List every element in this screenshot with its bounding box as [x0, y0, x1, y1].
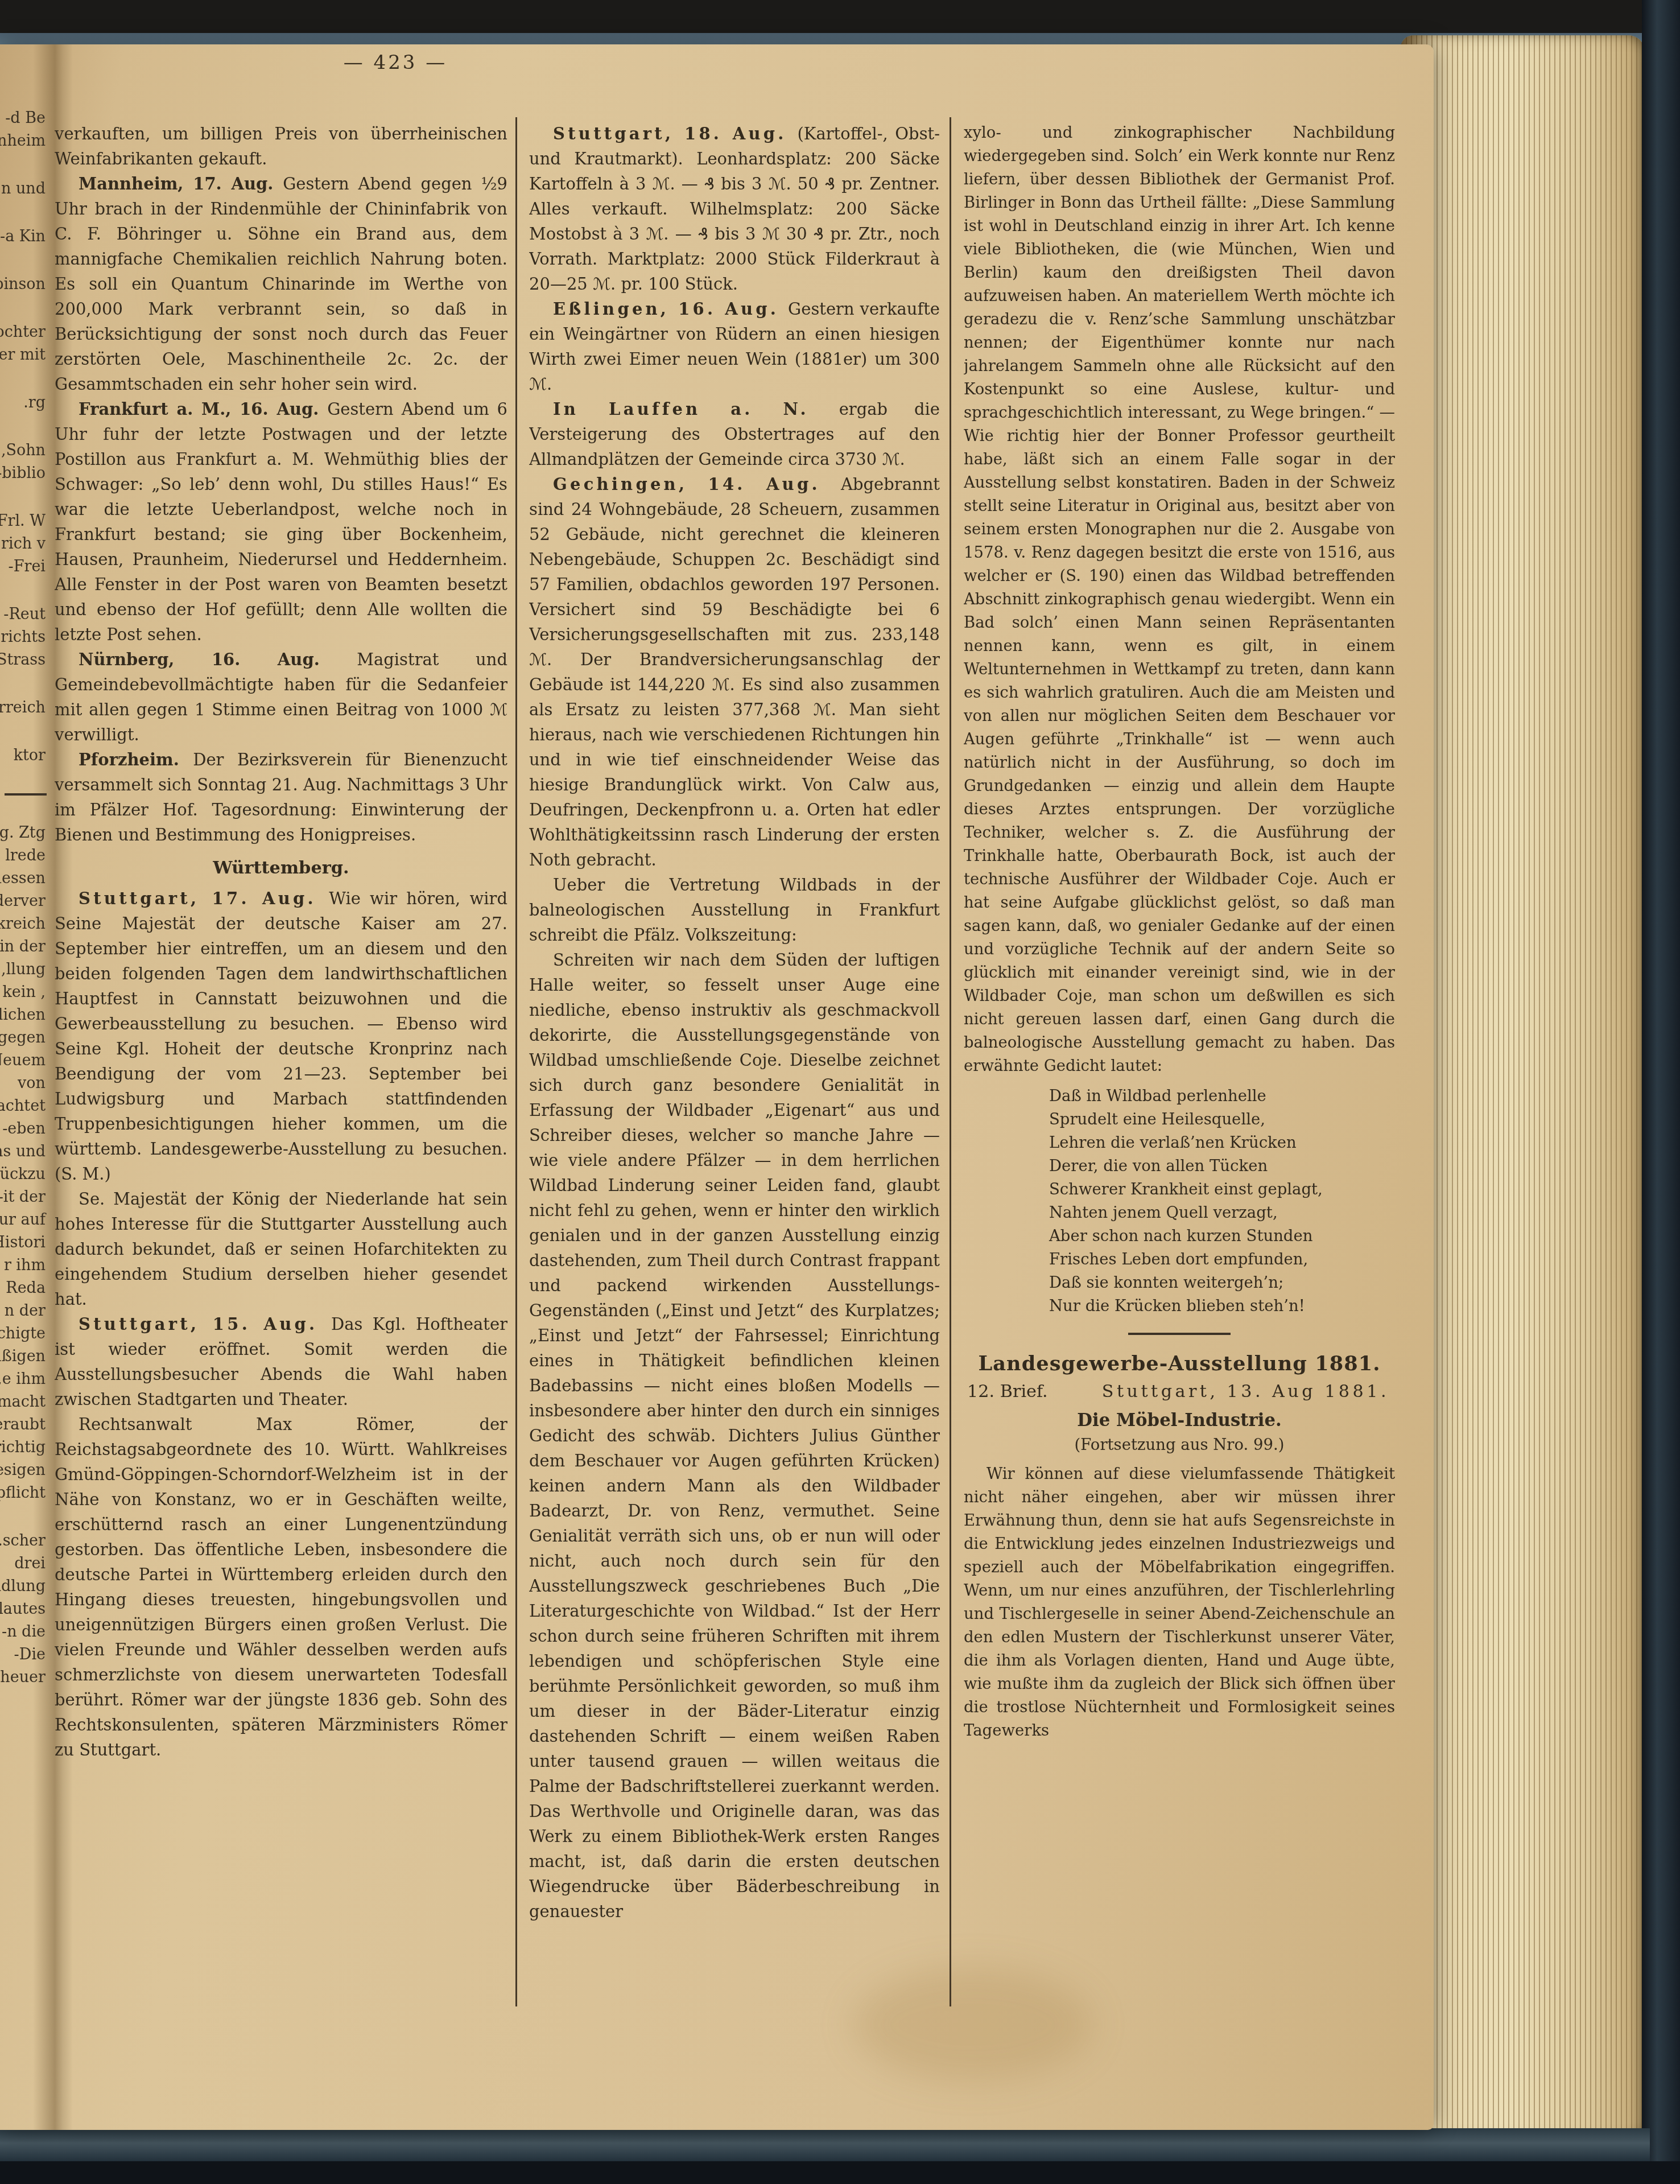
prev-page-text-fragment: ur auf: [0, 1209, 47, 1231]
dateline: Pforzheim.: [79, 750, 193, 769]
column-3: xylo- und zinkographischer Nachbildung w…: [964, 121, 1395, 1742]
poem-line: Daß in Wildbad perlenhelle: [1049, 1085, 1395, 1108]
prev-page-text-fragment: drei: [0, 1552, 47, 1575]
prev-page-text-fragment: n die-: [0, 1621, 47, 1643]
page-number: — 423 —: [316, 51, 475, 74]
news-paragraph: Ueber die Vertretung Wildbads in der bal…: [529, 872, 940, 947]
prev-page-text-fragment: ns und: [0, 1140, 47, 1163]
prev-page-text-fragment: pflicht-: [0, 1482, 47, 1505]
dateline: In Lauffen a. N.: [553, 399, 839, 419]
column-2: Stuttgart, 18. Aug. (Kartoffel-, Obst- u…: [529, 121, 940, 1924]
newspaper-page: — 423 — d Be-nheim.n unda Kin-binsonocht…: [0, 44, 1434, 2130]
news-paragraph: Wir können auf diese vielumfassende Thät…: [964, 1462, 1395, 1742]
prev-page-text-fragment: it der-: [0, 1186, 47, 1209]
dateline: Eßlingen, 16. Aug.: [553, 299, 788, 319]
news-paragraph: Se. Majestät der König der Niederlande h…: [55, 1186, 507, 1312]
section-heading: Württemberg.: [55, 855, 507, 880]
news-paragraph: Stuttgart, 17. Aug. Wie wir hören, wird …: [55, 886, 507, 1186]
dateline: Nürnberg, 16. Aug.: [79, 650, 357, 669]
prev-page-text-fragment: achtet: [0, 1095, 47, 1118]
paper-stain: [853, 1968, 1092, 2082]
news-paragraph: Eßlingen, 16. Aug. Gestern verkaufte ein…: [529, 296, 940, 397]
article-byline: 12. Brief.Stuttgart, 13. Aug 1881.: [967, 1380, 1389, 1403]
prev-page-text-fragment: eben-: [0, 1118, 47, 1140]
prev-page-text-fragment: d Be-: [0, 107, 47, 130]
news-paragraph: xylo- und zinkographischer Nachbildung w…: [964, 121, 1395, 1078]
prev-page-text-fragment: lautes: [0, 1598, 47, 1621]
poem-line: Nahten jenem Quell verzagt,: [1049, 1201, 1395, 1225]
prev-page-text-fragment: Frl. W.,: [0, 510, 47, 533]
prev-page-text-fragment: Strass-: [0, 649, 47, 671]
dateline: Stuttgart, 15. Aug.: [79, 1314, 331, 1334]
news-paragraph: Schreiten wir nach dem Süden der luftige…: [529, 947, 940, 1924]
prev-page-text-fragment: gegen: [0, 1027, 47, 1049]
prev-page-text-fragment: nheim.: [0, 130, 47, 153]
book-cover-bottom-edge: [0, 2128, 1650, 2161]
poem-line: Daß sie konnten weitergeh’n;: [1049, 1271, 1395, 1295]
dateline: Stuttgart, 18. Aug.: [553, 124, 797, 143]
article-subtitle: Die Möbel-Industrie.: [964, 1409, 1395, 1432]
poem-line: Schwerer Krankheit einst geplagt,: [1049, 1178, 1395, 1201]
poem-block: Daß in Wildbad perlenhelleSprudelt eine …: [1049, 1085, 1395, 1318]
continuation-note: (Fortsetzung aus Nro. 99.): [964, 1433, 1395, 1457]
prev-page-text-fragment: a Kin-: [0, 225, 47, 248]
prev-page-text-fragment: ktor: [0, 744, 47, 767]
poem-line: Aber schon nach kurzen Stunden: [1049, 1225, 1395, 1248]
prev-page-text-fragment: rg.: [0, 392, 47, 414]
poem-line: Nur die Krücken blieben steh’n!: [1049, 1295, 1395, 1318]
prev-page-text-fragment: tlichen: [0, 1004, 47, 1027]
prev-page-text-fragment: Die-: [0, 1643, 47, 1666]
dateline: Stuttgart, 17. Aug.: [79, 889, 329, 908]
background-top: [0, 0, 1680, 33]
dateline: Mannheim, 17. Aug.: [79, 174, 283, 193]
column-divider-1: [515, 117, 517, 2006]
prev-page-text-fragment: esigen,: [0, 1459, 47, 1482]
news-paragraph: verkauften, um billigen Preis von überrh…: [55, 121, 507, 171]
article-title: Landesgewerbe-Ausstellung 1881.: [964, 1352, 1395, 1375]
prev-page-text-fragment: rreich.: [0, 697, 47, 719]
news-paragraph: Mannheim, 17. Aug. Gestern Abend gegen ½…: [55, 171, 507, 397]
prev-page-text-fragment: rückzu-: [0, 1163, 47, 1186]
prev-page-text-fragment: Frei-: [0, 555, 47, 578]
prev-page-text-fragment: chigte“: [0, 1322, 47, 1345]
prev-page-text-fragment: in der: [0, 936, 47, 958]
column-1: verkauften, um billigen Preis von überrh…: [55, 121, 507, 1762]
prev-page-text-fragment: scher.): [0, 1530, 47, 1552]
prev-page-text-fragment: richtig,: [0, 1436, 47, 1459]
separator-rule: [1128, 1333, 1231, 1335]
news-paragraph: Gechingen, 14. Aug. Abgebrannt sind 24 W…: [529, 472, 940, 872]
prev-page-text-fragment: binson: [0, 273, 47, 296]
dateline: Frankfurt a. M., 16. Aug.: [79, 399, 327, 419]
news-paragraph: Stuttgart, 18. Aug. (Kartoffel-, Obst- u…: [529, 121, 940, 296]
prev-page-text-fragment: llung,: [0, 958, 47, 981]
prev-page-text-fragment: Sohn,: [0, 439, 47, 462]
dateline: Gechingen, 14. Aug.: [553, 475, 841, 494]
prev-page-text-fragment: eraubt: [0, 1414, 47, 1436]
background-bottom: [0, 2161, 1680, 2184]
prev-page-text-fragment: Reut-: [0, 603, 47, 626]
prev-page-text-fragment: ochter,: [0, 321, 47, 344]
prev-page-text-fragment: derver-: [0, 890, 47, 913]
prev-page-text-fragment: Neuem: [0, 1049, 47, 1072]
news-paragraph: Rechtsanwalt Max Römer, der Reichstagsab…: [55, 1412, 507, 1762]
prev-page-text-fragment: nmacht: [0, 1391, 47, 1414]
poem-line: Derer, die von allen Tücken: [1049, 1155, 1395, 1178]
prev-page-text-fragment: äßigen: [0, 1345, 47, 1368]
prev-page-text-fragment: , kein: [0, 981, 47, 1004]
prev-page-fragments: d Be-nheim.n unda Kin-binsonochter,er mi…: [0, 107, 47, 2087]
news-paragraph: Frankfurt a. M., 16. Aug. Gestern Abend …: [55, 397, 507, 647]
byline-left: 12. Brief.: [967, 1380, 1048, 1403]
prev-page-text-fragment: Reda: [0, 1277, 47, 1300]
news-paragraph: Pforzheim. Der Bezirksverein für Bienenz…: [55, 747, 507, 847]
page-edges-stack: [1401, 35, 1645, 2141]
prev-page-text-fragment: g. Ztg.: [0, 822, 47, 844]
news-paragraph: Nürnberg, 16. Aug. Magistrat und Gemeind…: [55, 647, 507, 747]
news-paragraph: In Lauffen a. N. ergab die Versteigerung…: [529, 397, 940, 472]
prev-page-text-fragment: e ihm,: [0, 1368, 47, 1391]
prev-page-text-fragment: lrede: [0, 844, 47, 867]
book-scan-scene: — 423 — d Be-nheim.n unda Kin-binsonocht…: [0, 0, 1680, 2184]
prev-page-text-fragment: richts-: [0, 626, 47, 649]
column-divider-2: [950, 117, 951, 2006]
prev-page-text-fragment: ukreich:: [0, 913, 47, 936]
byline-right: Stuttgart, 13. Aug 1881.: [1102, 1380, 1389, 1403]
prev-page-text-fragment: ndlung: [0, 1575, 47, 1598]
prev-page-text-fragment: biblio-: [0, 462, 47, 485]
prev-page-text-fragment: dessen: [0, 867, 47, 890]
prev-page-text-fragment: von: [0, 1072, 47, 1095]
prev-page-text-fragment: r ihm: [0, 1254, 47, 1277]
poem-line: Sprudelt eine Heilesquelle,: [1049, 1108, 1395, 1131]
prev-page-text-fragment: er mit: [0, 344, 47, 366]
poem-line: Lehren die verlaß’nen Krücken: [1049, 1131, 1395, 1155]
prev-page-text-fragment: n der: [0, 1300, 47, 1322]
prev-page-text-fragment: n und: [0, 178, 47, 200]
prev-page-text-fragment: theuer: [0, 1666, 47, 1689]
news-paragraph: Stuttgart, 15. Aug. Das Kgl. Hoftheater …: [55, 1312, 507, 1412]
poem-line: Frisches Leben dort empfunden,: [1049, 1248, 1395, 1271]
fragment-rule: [5, 793, 47, 796]
prev-page-text-fragment: Histori-: [0, 1231, 47, 1254]
book-cover-right-edge: [1642, 0, 1680, 2184]
prev-page-text-fragment: rich v.: [0, 533, 47, 555]
